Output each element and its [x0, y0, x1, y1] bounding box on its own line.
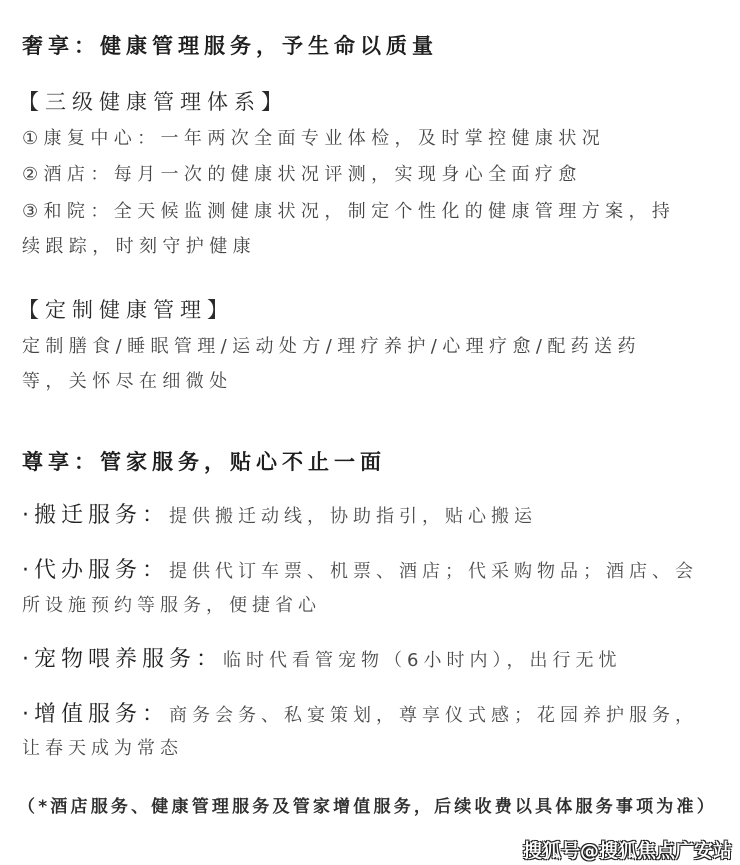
- service-pet: ·宠物喂养服务：临时代看管宠物（6小时内），出行无忧: [22, 649, 621, 671]
- service-moving-desc: 提供搬迁动线，协助指引，贴心搬运: [169, 506, 537, 527]
- health-system-item-2: ②酒店：每月一次的健康状况评测，实现身心全面疗愈: [22, 166, 582, 184]
- service-value-added: ·增值服务：商务会务、私宴策划，尊享仪式感；花园养护服务，: [22, 704, 698, 726]
- fee-disclaimer-note: （*酒店服务、健康管理服务及管家增值服务，后续收费以具体服务事项为准）: [18, 799, 717, 816]
- health-system-item-3-continued: 续跟踪，时刻守护健康: [22, 238, 256, 256]
- butler-section-title: 尊享：管家服务，贴心不止一面: [22, 452, 386, 473]
- service-value-added-label: ·增值服务：: [22, 702, 169, 727]
- service-errand: ·代办服务：提供代订车票、机票、酒店；代采购物品；酒店、会: [22, 560, 698, 582]
- service-errand-desc: 提供代订车票、机票、酒店；代采购物品；酒店、会: [169, 561, 698, 582]
- service-moving: ·搬迁服务：提供搬迁动线，协助指引，贴心搬运: [22, 505, 537, 527]
- service-value-added-desc: 商务会务、私宴策划，尊享仪式感；花园养护服务，: [169, 705, 698, 726]
- service-errand-label: ·代办服务：: [22, 558, 169, 583]
- source-watermark: 搜狐号@搜狐焦点广安站: [523, 836, 732, 863]
- health-system-item-3: ③和院：全天候监测健康状况，制定个性化的健康管理方案，持: [22, 203, 675, 221]
- service-pet-label: ·宠物喂养服务：: [22, 647, 223, 672]
- service-pet-desc: 临时代看管宠物（6小时内），出行无忧: [223, 650, 621, 671]
- custom-health-line-2: 等，关怀尽在细微处: [22, 373, 233, 391]
- service-errand-desc-continued: 所设施预约等服务，便捷省心: [22, 597, 321, 615]
- health-section-title: 奢享：健康管理服务，予生命以质量: [22, 36, 438, 57]
- health-system-heading: 【三级健康管理体系】: [18, 92, 288, 113]
- custom-health-heading: 【定制健康管理】: [18, 300, 234, 321]
- service-moving-label: ·搬迁服务：: [22, 503, 169, 528]
- service-value-added-desc-continued: 让春天成为常态: [22, 740, 183, 758]
- custom-health-line-1: 定制膳食/睡眠管理/运动处方/理疗养护/心理疗愈/配药送药: [22, 338, 641, 356]
- health-system-item-1: ①康复中心：一年两次全面专业体检，及时掌控健康状况: [22, 130, 605, 148]
